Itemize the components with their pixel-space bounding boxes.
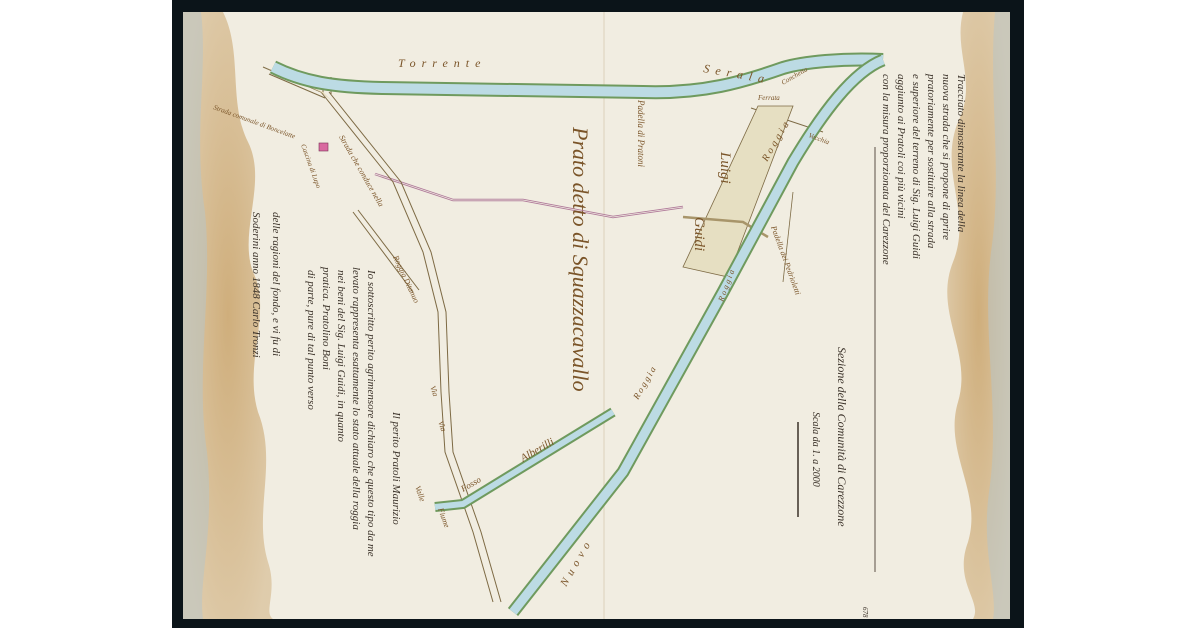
label-valle: Valle — [413, 485, 427, 504]
label-padella-pedrioletti: Padella dei Pedrioletti — [769, 224, 803, 296]
map-drawing: Torrente Serala Padella di Pratoni Prato… — [183, 12, 1010, 619]
svg-text:Tracciato dimostrante la linea: Tracciato dimostrante la linea della — [955, 74, 967, 233]
label-road-left: Strada che conduce nella — [337, 134, 385, 209]
road-left — [263, 67, 501, 602]
label-ferrata: Ferrata — [757, 94, 780, 102]
label-padella-pratoni: Padella di Pratoni — [636, 99, 646, 167]
label-via-b: Via — [436, 420, 448, 433]
label-via-a: Via — [428, 385, 440, 398]
svg-text:Soderini anno 1848 Carlo Tronz: Soderini anno 1848 Carlo Tronzi — [250, 212, 262, 358]
label-luigi: Luigi — [717, 151, 733, 184]
svg-text:nei beni del Sig. Luigi Guidi,: nei beni del Sig. Luigi Guidi, in quanto — [335, 270, 347, 443]
svg-text:e superiore del terreno di Sig: e superiore del terreno di Sig. Luigi Gu… — [910, 74, 922, 259]
label-roggia-upper: Roggia — [631, 363, 659, 402]
page-number: 678 — [861, 607, 869, 618]
pink-path — [375, 174, 683, 217]
label-roggia-left: Roggia Ditanuo — [391, 253, 421, 304]
label-torrente: Torrente — [398, 56, 486, 70]
svg-text:delle ragioni del fondo, e vi: delle ragioni del fondo, e vi fu di — [270, 212, 282, 356]
svg-text:pratoriamente per sostituire a: pratoriamente per sostituire alla strada — [925, 73, 937, 249]
label-meadow: Prato detto di Squazzacavallo — [568, 126, 593, 392]
scale-text: Scala da 1. a 2000 — [810, 412, 821, 487]
svg-text:con la misura proporzionata de: con la misura proporzionata del Carezzon… — [880, 74, 892, 265]
label-guidi: Guidi — [691, 217, 707, 251]
signature: Il perito Pratoli Maurizio — [390, 411, 402, 525]
svg-text:aggiunto ai Pratoli coi più vi: aggiunto ai Pratoli coi più vicini — [895, 74, 907, 219]
map-sheet: Torrente Serala Padella di Pratoni Prato… — [183, 12, 1010, 619]
svg-text:di parte, pure di tal punto ve: di parte, pure di tal punto verso — [305, 270, 317, 410]
svg-text:nuova strada che si propone di: nuova strada che si propone di aprire — [940, 74, 952, 240]
cascina-marker — [319, 143, 328, 151]
title-text: Sezione della Comunità di Carezzone — [835, 347, 849, 527]
svg-text:pratica. Pratolino Boni: pratica. Pratolino Boni — [320, 266, 332, 370]
svg-text:levato rappresenta esattamente: levato rappresenta esattamente lo stato … — [350, 267, 362, 530]
left-text-block: Io sottoscritto perito agrimensore dichi… — [250, 212, 377, 557]
svg-text:Io sottoscritto perito agrimen: Io sottoscritto perito agrimensore dichi… — [365, 269, 377, 557]
